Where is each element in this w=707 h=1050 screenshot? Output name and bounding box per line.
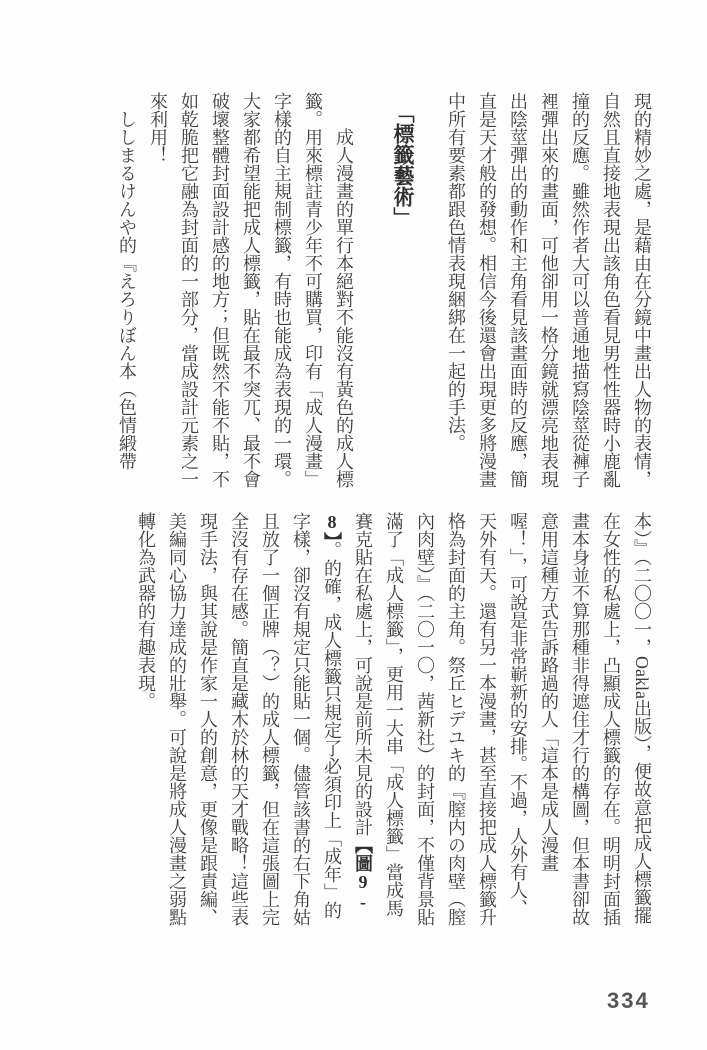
paragraph-continued-from-previous-page: 現的精妙之處，是藉由在分鏡中畫出人物的表情，自然且直接地表現出該角色看見男性性器… xyxy=(440,92,657,494)
text-before-figure-ref: 本）』（二〇〇一，Oakla出版），便故意把成人標籤擺在女性的私處上，凸顯成人標… xyxy=(353,512,652,926)
page-number: 334 xyxy=(607,988,650,1014)
top-text-block: 現的精妙之處，是藉由在分鏡中畫出人物的表情，自然且直接地表現出該角色看見男性性器… xyxy=(111,92,657,494)
text-after-figure-ref: 。的確，成人標籤只規定了必須印上「成年」的字樣，卻沒有規定只能貼一個。儘管該書的… xyxy=(136,512,342,926)
paragraph-example-start: ししまるけんや的『えろりぼん本（色情緞帶 xyxy=(111,92,142,494)
paragraph-adult-label: 成人漫畫的單行本絕對不能沒有黃色的成人標籤。用來標註青少年不可購買，印有「成人漫… xyxy=(142,92,359,494)
section-heading: 「標籤藝術」 xyxy=(387,92,418,494)
bottom-text-block: 本）』（二〇〇一，Oakla出版），便故意把成人標籤擺在女性的私處上，凸顯成人標… xyxy=(130,512,657,926)
figure-ref-open: 【圖 xyxy=(353,836,373,872)
paragraph-example-continued: 本）』（二〇〇一，Oakla出版），便故意把成人標籤擺在女性的私處上，凸顯成人標… xyxy=(130,512,657,926)
figure-ref-close: 】 xyxy=(322,532,342,541)
